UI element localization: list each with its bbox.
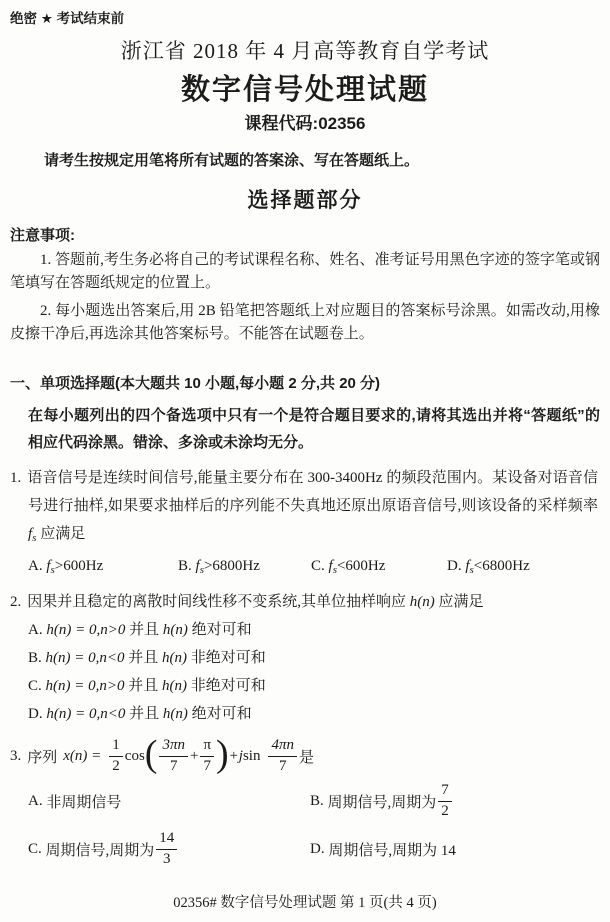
answer-sheet-instruction: 请考生按规定用笔将所有试题的答案涂、写在答题纸上。	[12, 150, 598, 172]
question-2-option-d: D. h(n) = 0,n<0 并且 h(n) 绝对可和	[28, 700, 600, 728]
option-text: 周期信号,周期为	[46, 839, 155, 860]
option-label: B.	[310, 793, 324, 810]
option-label: A.	[28, 793, 43, 810]
question-1-text: 语音信号是连续时间信号,能量主要分布在 300-3400Hz 的频段范围内。某设…	[27, 470, 598, 514]
question-2-option-b: B. h(n) = 0,n<0 并且 h(n) 非绝对可和	[28, 644, 600, 672]
left-parenthesis: (	[145, 734, 158, 774]
fraction-pi-over-7: π7	[200, 737, 214, 775]
note-item-2: 2. 每小题选出答案后,用 2B 铅笔把答题纸上对应题目的答案标号涂黑。如需改动…	[10, 300, 600, 346]
question-2-number: 2.	[10, 594, 27, 610]
option-value: <600Hz	[337, 558, 385, 574]
question-2-option-a: A. h(n) = 0,n>0 并且 h(n) 绝对可和	[28, 616, 600, 644]
option-math: h(n) = 0,n<0	[46, 706, 125, 722]
question-1-option-b: B. fs>6800Hz	[178, 552, 311, 584]
option-label: A.	[28, 558, 43, 574]
option-math: h(n)	[162, 678, 187, 694]
option-value: >6800Hz	[204, 558, 260, 574]
option-text: 绝对可和	[188, 622, 252, 638]
option-label: C.	[28, 678, 42, 694]
question-3-number: 3.	[10, 748, 27, 765]
option-text: 周期信号,周期为 14	[328, 839, 456, 860]
fraction-4pin-over-7: 4πn7	[268, 737, 297, 775]
question-3-options: A. 非周期信号 B. 周期信号,周期为72 C. 周期信号,周期为143 D.…	[28, 784, 610, 866]
option-text: 周期信号,周期为	[328, 791, 437, 812]
cos-function-label: cos	[125, 748, 145, 765]
question-1-option-d: D. fs<6800Hz	[447, 552, 530, 584]
fraction-7-over-2: 72	[438, 782, 452, 820]
question-1-text-end: 应满足	[36, 526, 85, 542]
option-math: h(n) = 0,n>0	[46, 678, 125, 694]
paper-title: 数字信号处理试题	[0, 70, 610, 110]
question-1-option-c: C. fs<600Hz	[311, 552, 447, 584]
question-3-tail-text: 是	[299, 746, 314, 767]
classification-banner: 绝密 ★ 考试结束前	[10, 10, 610, 28]
option-text: 并且	[125, 622, 163, 638]
option-text: 非周期信号	[46, 791, 121, 812]
section-title-multiple-choice-part: 选择题部分	[0, 186, 610, 216]
plus-sign: +	[190, 748, 198, 765]
option-label: A.	[28, 622, 43, 638]
question-3-option-c: C. 周期信号,周期为143	[28, 832, 310, 866]
question-1-number: 1.	[10, 470, 27, 486]
option-math: h(n) = 0,n>0	[46, 622, 125, 638]
option-text: 并且	[125, 678, 163, 694]
fraction-one-half: 12	[109, 737, 123, 775]
right-parenthesis: )	[216, 734, 229, 774]
option-value: >600Hz	[55, 558, 103, 574]
option-label: C.	[28, 841, 42, 858]
question-1-options: A. fs>600Hz B. fs>6800Hz C. fs<600Hz D. …	[28, 552, 600, 584]
impulse-response-symbol: h(n)	[410, 594, 435, 610]
sequence-lhs: x(n) =	[63, 748, 101, 765]
section1-heading: 一、单项选择题(本大题共 10 小题,每小题 2 分,共 20 分)	[10, 374, 610, 394]
notes-heading: 注意事项:	[10, 228, 610, 244]
sin-function-label: sin	[243, 748, 261, 765]
option-math: h(n)	[163, 706, 188, 722]
option-math: h(n)	[163, 622, 188, 638]
question-2-text: 因果并且稳定的离散时间线性移不变系统,其单位抽样响应	[27, 594, 410, 610]
option-text: 非绝对可和	[187, 678, 266, 694]
option-value: <6800Hz	[474, 558, 530, 574]
question-1-stem: 1.语音信号是连续时间信号,能量主要分布在 300-3400Hz 的频段范围内。…	[10, 464, 598, 552]
exam-session-title: 浙江省 2018 年 4 月高等教育自学考试	[0, 36, 610, 66]
option-math: h(n) = 0,n<0	[46, 650, 125, 666]
question-1-option-a: A. fs>600Hz	[28, 552, 178, 584]
option-text: 非绝对可和	[187, 650, 266, 666]
option-label: D.	[447, 558, 462, 574]
option-label: B.	[28, 650, 42, 666]
question-2-text-end: 应满足	[435, 594, 484, 610]
page-footer: 02356# 数字信号处理试题 第 1 页(共 4 页)	[0, 891, 610, 912]
option-text: 绝对可和	[188, 706, 252, 722]
note-item-1: 1. 答题前,考生务必将自己的考试课程名称、姓名、准考证号用黑色字迹的签字笔或钢…	[10, 249, 600, 295]
question-3-option-b: B. 周期信号,周期为72	[310, 784, 610, 818]
option-label: D.	[310, 841, 325, 858]
section1-description: 在每小题列出的四个备选项中只有一个是符合题目要求的,请将其选出并将“答题纸”的相…	[28, 402, 600, 456]
option-label: C.	[311, 558, 325, 574]
option-text: 并且	[125, 650, 163, 666]
question-2-option-c: C. h(n) = 0,n>0 并且 h(n) 非绝对可和	[28, 672, 600, 700]
plus-j-symbol: +j	[229, 748, 243, 765]
option-text: 并且	[125, 706, 163, 722]
course-code: 课程代码:02356	[0, 112, 610, 136]
option-label: D.	[28, 706, 43, 722]
option-math: h(n)	[162, 650, 187, 666]
question-3-lead-text: 序列	[27, 746, 57, 767]
question-3-stem-formula: 3. 序列 x(n) = 12 cos ( 3πn7 + π7 ) +jsin …	[10, 734, 610, 778]
fraction-3pin-over-7: 3πn7	[159, 737, 188, 775]
fraction-14-over-3: 143	[156, 830, 177, 868]
option-label: B.	[178, 558, 192, 574]
question-3-option-d: D. 周期信号,周期为 14	[310, 832, 610, 866]
question-2-stem: 2.因果并且稳定的离散时间线性移不变系统,其单位抽样响应 h(n) 应满足	[10, 588, 598, 616]
exam-paper-page: 绝密 ★ 考试结束前 浙江省 2018 年 4 月高等教育自学考试 数字信号处理…	[0, 0, 610, 922]
question-3-option-a: A. 非周期信号	[28, 784, 310, 818]
